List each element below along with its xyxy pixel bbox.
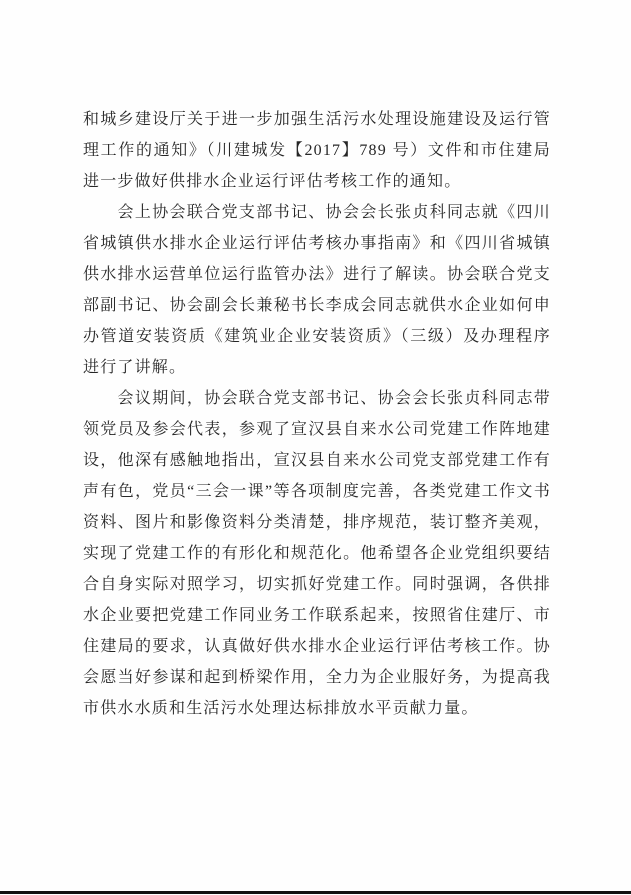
paragraph-site-visit: 会议期间，协会联合党支部书记、协会会长张贞科同志带领党员及参会代表，参观了宣汉县… — [83, 383, 551, 724]
document-body: 和城乡建设厅关于进一步加强生活污水处理设施建设及运行管理工作的通知》（川建城发【… — [83, 104, 551, 724]
paragraph-meeting-readout: 会上协会联合党支部书记、协会会长张贞科同志就《四川省城镇供水排水企业运行评估考核… — [83, 197, 551, 383]
paragraph-continuation: 和城乡建设厅关于进一步加强生活污水处理设施建设及运行管理工作的通知》（川建城发【… — [83, 104, 551, 197]
scan-edge-line — [0, 891, 631, 894]
document-page: 和城乡建设厅关于进一步加强生活污水处理设施建设及运行管理工作的通知》（川建城发【… — [0, 0, 631, 895]
